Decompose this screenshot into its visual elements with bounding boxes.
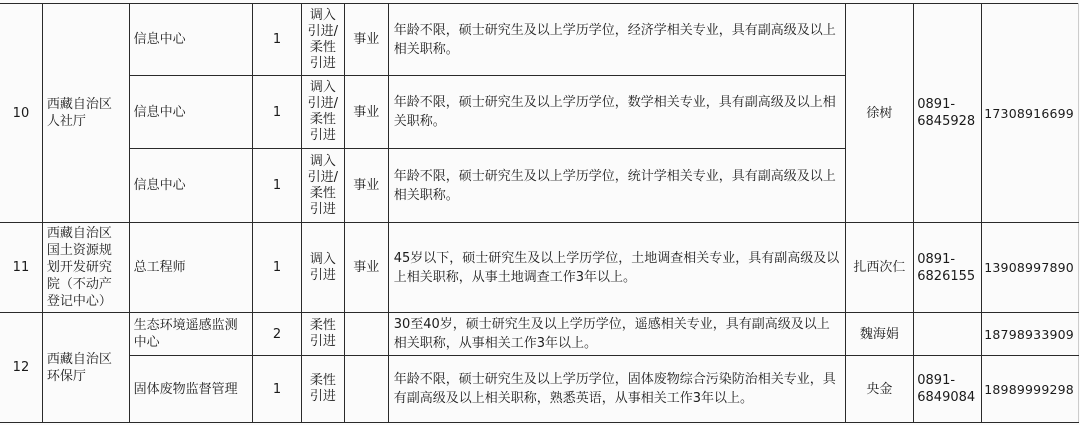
staff-type: 事业 — [344, 76, 388, 149]
recruit-method: 调入引进/柔性引进 — [301, 4, 344, 76]
office-phone: 0891-6845928 — [914, 4, 982, 223]
unit-name: 西藏自治区人社厅 — [42, 4, 129, 223]
office-phone — [914, 313, 982, 356]
recruit-method: 柔性引进 — [301, 313, 344, 356]
table-row: 固体废物监督管理 1 柔性引进 年龄不限，硕士研究生及以上学历学位，固体废物综合… — [0, 356, 1079, 423]
dept-name: 信息中心 — [129, 4, 252, 76]
requirement: 年龄不限，硕士研究生及以上学历学位，统计学相关专业，具有副高级及以上相关职称。 — [388, 149, 845, 223]
table-row: 10 西藏自治区人社厅 信息中心 1 调入引进/柔性引进 事业 年龄不限，硕士研… — [0, 4, 1079, 76]
position-count: 1 — [253, 76, 302, 149]
requirement: 45岁以下，硕士研究生及以上学历学位，土地调查相关专业，具有副高级及以上相关职称… — [388, 223, 845, 313]
mobile-phone: 18989999298 — [982, 356, 1079, 423]
recruit-method: 调入引进 — [301, 223, 344, 313]
office-phone: 0891-6849084 — [914, 356, 982, 423]
row-index: 11 — [0, 223, 42, 313]
recruit-method: 调入引进/柔性引进 — [301, 76, 344, 149]
staff-type: 事业 — [344, 149, 388, 223]
dept-name: 信息中心 — [129, 76, 252, 149]
staff-type — [344, 356, 388, 423]
position-count: 1 — [253, 223, 302, 313]
contact-name: 徐树 — [845, 4, 914, 223]
staff-type: 事业 — [344, 223, 388, 313]
mobile-phone: 13908997890 — [982, 223, 1079, 313]
contact-name: 央金 — [845, 356, 914, 423]
position-count: 1 — [253, 4, 302, 76]
office-phone: 0891-6826155 — [914, 223, 982, 313]
staff-type: 事业 — [344, 4, 388, 76]
requirement: 年龄不限，硕士研究生及以上学历学位，经济学相关专业，具有副高级及以上相关职称。 — [388, 4, 845, 76]
unit-name: 西藏自治区环保厅 — [42, 313, 129, 423]
row-index: 10 — [0, 4, 42, 223]
requirement: 30至40岁，硕士研究生及以上学历学位，遥感相关专业，具有副高级及以上相关职称，… — [388, 313, 845, 356]
recruit-method: 柔性引进 — [301, 356, 344, 423]
recruitment-table: 10 西藏自治区人社厅 信息中心 1 调入引进/柔性引进 事业 年龄不限，硕士研… — [0, 3, 1079, 423]
contact-name: 魏海娟 — [845, 313, 914, 356]
row-index: 12 — [0, 313, 42, 423]
position-count: 1 — [253, 356, 302, 423]
requirement: 年龄不限，硕士研究生及以上学历学位，数学相关专业，具有副高级及以上相关职称。 — [388, 76, 845, 149]
requirement: 年龄不限，硕士研究生及以上学历学位，固体废物综合污染防治相关专业，具有副高级及以… — [388, 356, 845, 423]
table-row: 12 西藏自治区环保厅 生态环境遥感监测中心 2 柔性引进 30至40岁，硕士研… — [0, 313, 1079, 356]
dept-name: 总工程师 — [129, 223, 252, 313]
dept-name: 信息中心 — [129, 149, 252, 223]
unit-name: 西藏自治区国土资源规划开发研究院（不动产登记中心） — [42, 223, 129, 313]
table-row: 11 西藏自治区国土资源规划开发研究院（不动产登记中心） 总工程师 1 调入引进… — [0, 223, 1079, 313]
dept-name: 生态环境遥感监测中心 — [129, 313, 252, 356]
recruit-method: 调入引进/柔性引进 — [301, 149, 344, 223]
position-count: 1 — [253, 149, 302, 223]
staff-type — [344, 313, 388, 356]
contact-name: 扎西次仁 — [845, 223, 914, 313]
dept-name: 固体废物监督管理 — [129, 356, 252, 423]
mobile-phone: 17308916699 — [982, 4, 1079, 223]
mobile-phone: 18798933909 — [982, 313, 1079, 356]
position-count: 2 — [253, 313, 302, 356]
